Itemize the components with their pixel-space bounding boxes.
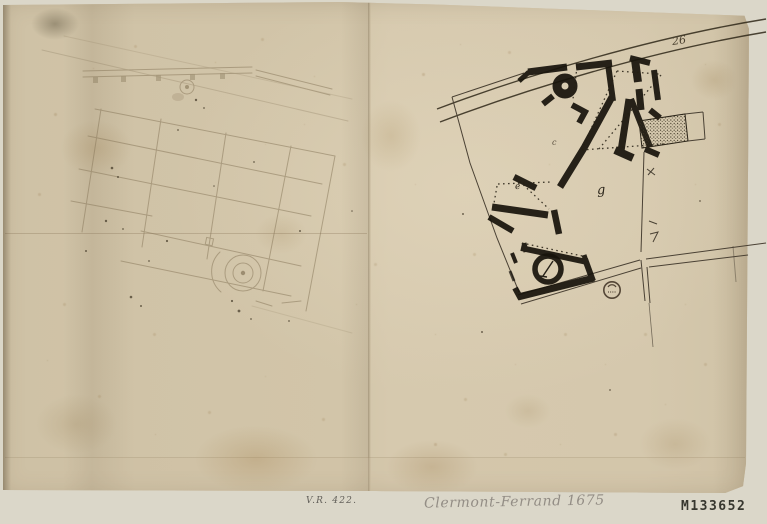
hatched-masonry-block [639, 112, 705, 148]
round-tower [535, 256, 561, 282]
folio-number: 26 [671, 33, 687, 48]
tower-mark [540, 261, 553, 277]
library-stamp-icon [604, 282, 620, 298]
plan-label-c: c [552, 138, 556, 147]
caption-label: Clermont-Ferrand 1675 [424, 492, 605, 511]
round-opening [557, 78, 573, 94]
plan-drawing-svg [0, 0, 767, 524]
ink-specks [85, 99, 701, 391]
left-wall-lines [71, 67, 335, 311]
shelfmark-label: V.R. 422. [306, 496, 357, 506]
road-curves [437, 19, 766, 122]
plan-label-g: g [596, 183, 605, 199]
scan-background: 26 e g c V.R. 422. Clermont-Ferrand 1675… [0, 0, 767, 524]
left-round-tower [212, 252, 261, 292]
left-road-lines [42, 36, 352, 333]
left-plan-faint-drawing [42, 36, 352, 333]
catalog-number-label: M133652 [681, 499, 746, 514]
masonry-walls [489, 58, 660, 299]
plan-label-e: e [514, 182, 520, 193]
